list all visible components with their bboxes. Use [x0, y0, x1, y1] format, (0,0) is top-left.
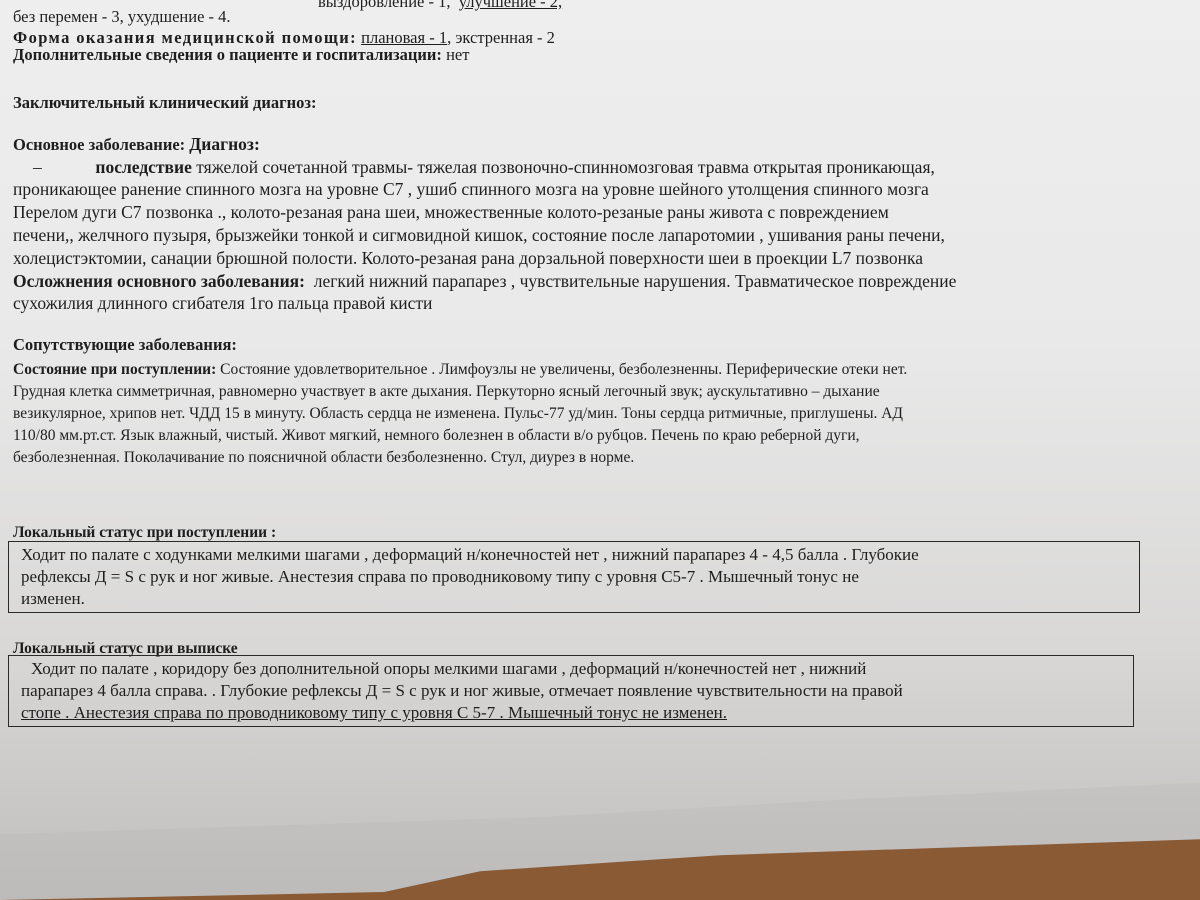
admission-state-row: Состояние при поступлении: Состояние удо… — [13, 360, 907, 380]
complications-line-2: сухожилия длинного сгибателя 1го пальца … — [13, 292, 432, 314]
diagnosis-line-2: проникающее ранение спинного мозга на ур… — [13, 178, 929, 200]
main-disease-label: Основное заболевание: — [13, 135, 185, 154]
local-status-discharge-box: Ходит по палате , коридору без дополните… — [8, 655, 1134, 727]
admission-state-label: Состояние при поступлении: — [13, 361, 216, 378]
outcome-line-top: выздоровление - 1, улучшение - 2, — [318, 0, 562, 13]
complications-label: Осложнения основного заболевания: — [13, 271, 305, 291]
admission-state-line-3: везикулярное, хрипов нет. ЧДД 15 в минут… — [13, 404, 903, 424]
additional-info-label: Дополнительные сведения о пациенте и гос… — [13, 45, 442, 64]
local-admission-line-1: Ходит по палате с ходунками мелкими шага… — [21, 544, 919, 566]
additional-info-row: Дополнительные сведения о пациенте и гос… — [13, 44, 469, 66]
outcome-line-2: без перемен - 3, ухудшение - 4. — [13, 6, 231, 28]
outcome-recovery: выздоровление - 1, — [318, 0, 450, 11]
local-discharge-line-2: парапарез 4 балла справа. . Глубокие реф… — [21, 680, 903, 702]
local-status-admission-box: Ходит по палате с ходунками мелкими шага… — [8, 541, 1140, 613]
local-discharge-line-1: Ходит по палате , коридору без дополните… — [31, 658, 866, 680]
diagnosis-line-1: – последствие тяжелой сочетанной травмы-… — [13, 156, 935, 178]
diagnosis-lead: последствие — [95, 157, 191, 177]
outcome-improvement: улучшение - 2, — [459, 0, 562, 11]
bullet-dash: – — [13, 156, 77, 178]
local-admission-line-2: рефлексы Д = S с рук и ног живые. Анесте… — [21, 566, 859, 588]
diagnosis-line-4: печени,, желчного пузыря, брызжейки тонк… — [13, 224, 945, 246]
diagnosis-line-5: холецистэктомии, санации брюшной полости… — [13, 247, 923, 269]
admission-state-text: Состояние удовлетворительное . Лимфоузлы… — [220, 361, 907, 378]
additional-info-value: нет — [446, 45, 469, 64]
local-admission-line-3: изменен. — [21, 588, 85, 610]
final-diagnosis-heading: Заключительный клинический диагноз: — [13, 92, 317, 114]
local-discharge-line-3: стопе . Анестезия справа по проводниково… — [21, 702, 727, 724]
main-disease-row: Основное заболевание: Диагноз: — [13, 133, 260, 156]
admission-state-line-5: безболезненная. Поколачивание по пояснич… — [13, 448, 634, 468]
complications-row: Осложнения основного заболевания: легкий… — [13, 270, 956, 292]
diagnosis-label: Диагноз: — [189, 134, 260, 154]
diagnosis-line-3: Перелом дуги С7 позвонка ., колото-резан… — [13, 201, 889, 223]
complications-text: легкий нижний парапарез , чувствительные… — [314, 271, 957, 291]
concomitant-heading: Сопутствующие заболевания: — [13, 334, 237, 356]
admission-state-line-4: 110/80 мм.рт.ст. Язык влажный, чистый. Ж… — [13, 426, 860, 446]
diagnosis-text: тяжелой сочетанной травмы- тяжелая позво… — [196, 157, 935, 177]
admission-state-line-2: Грудная клетка симметричная, равномерно … — [13, 382, 880, 402]
